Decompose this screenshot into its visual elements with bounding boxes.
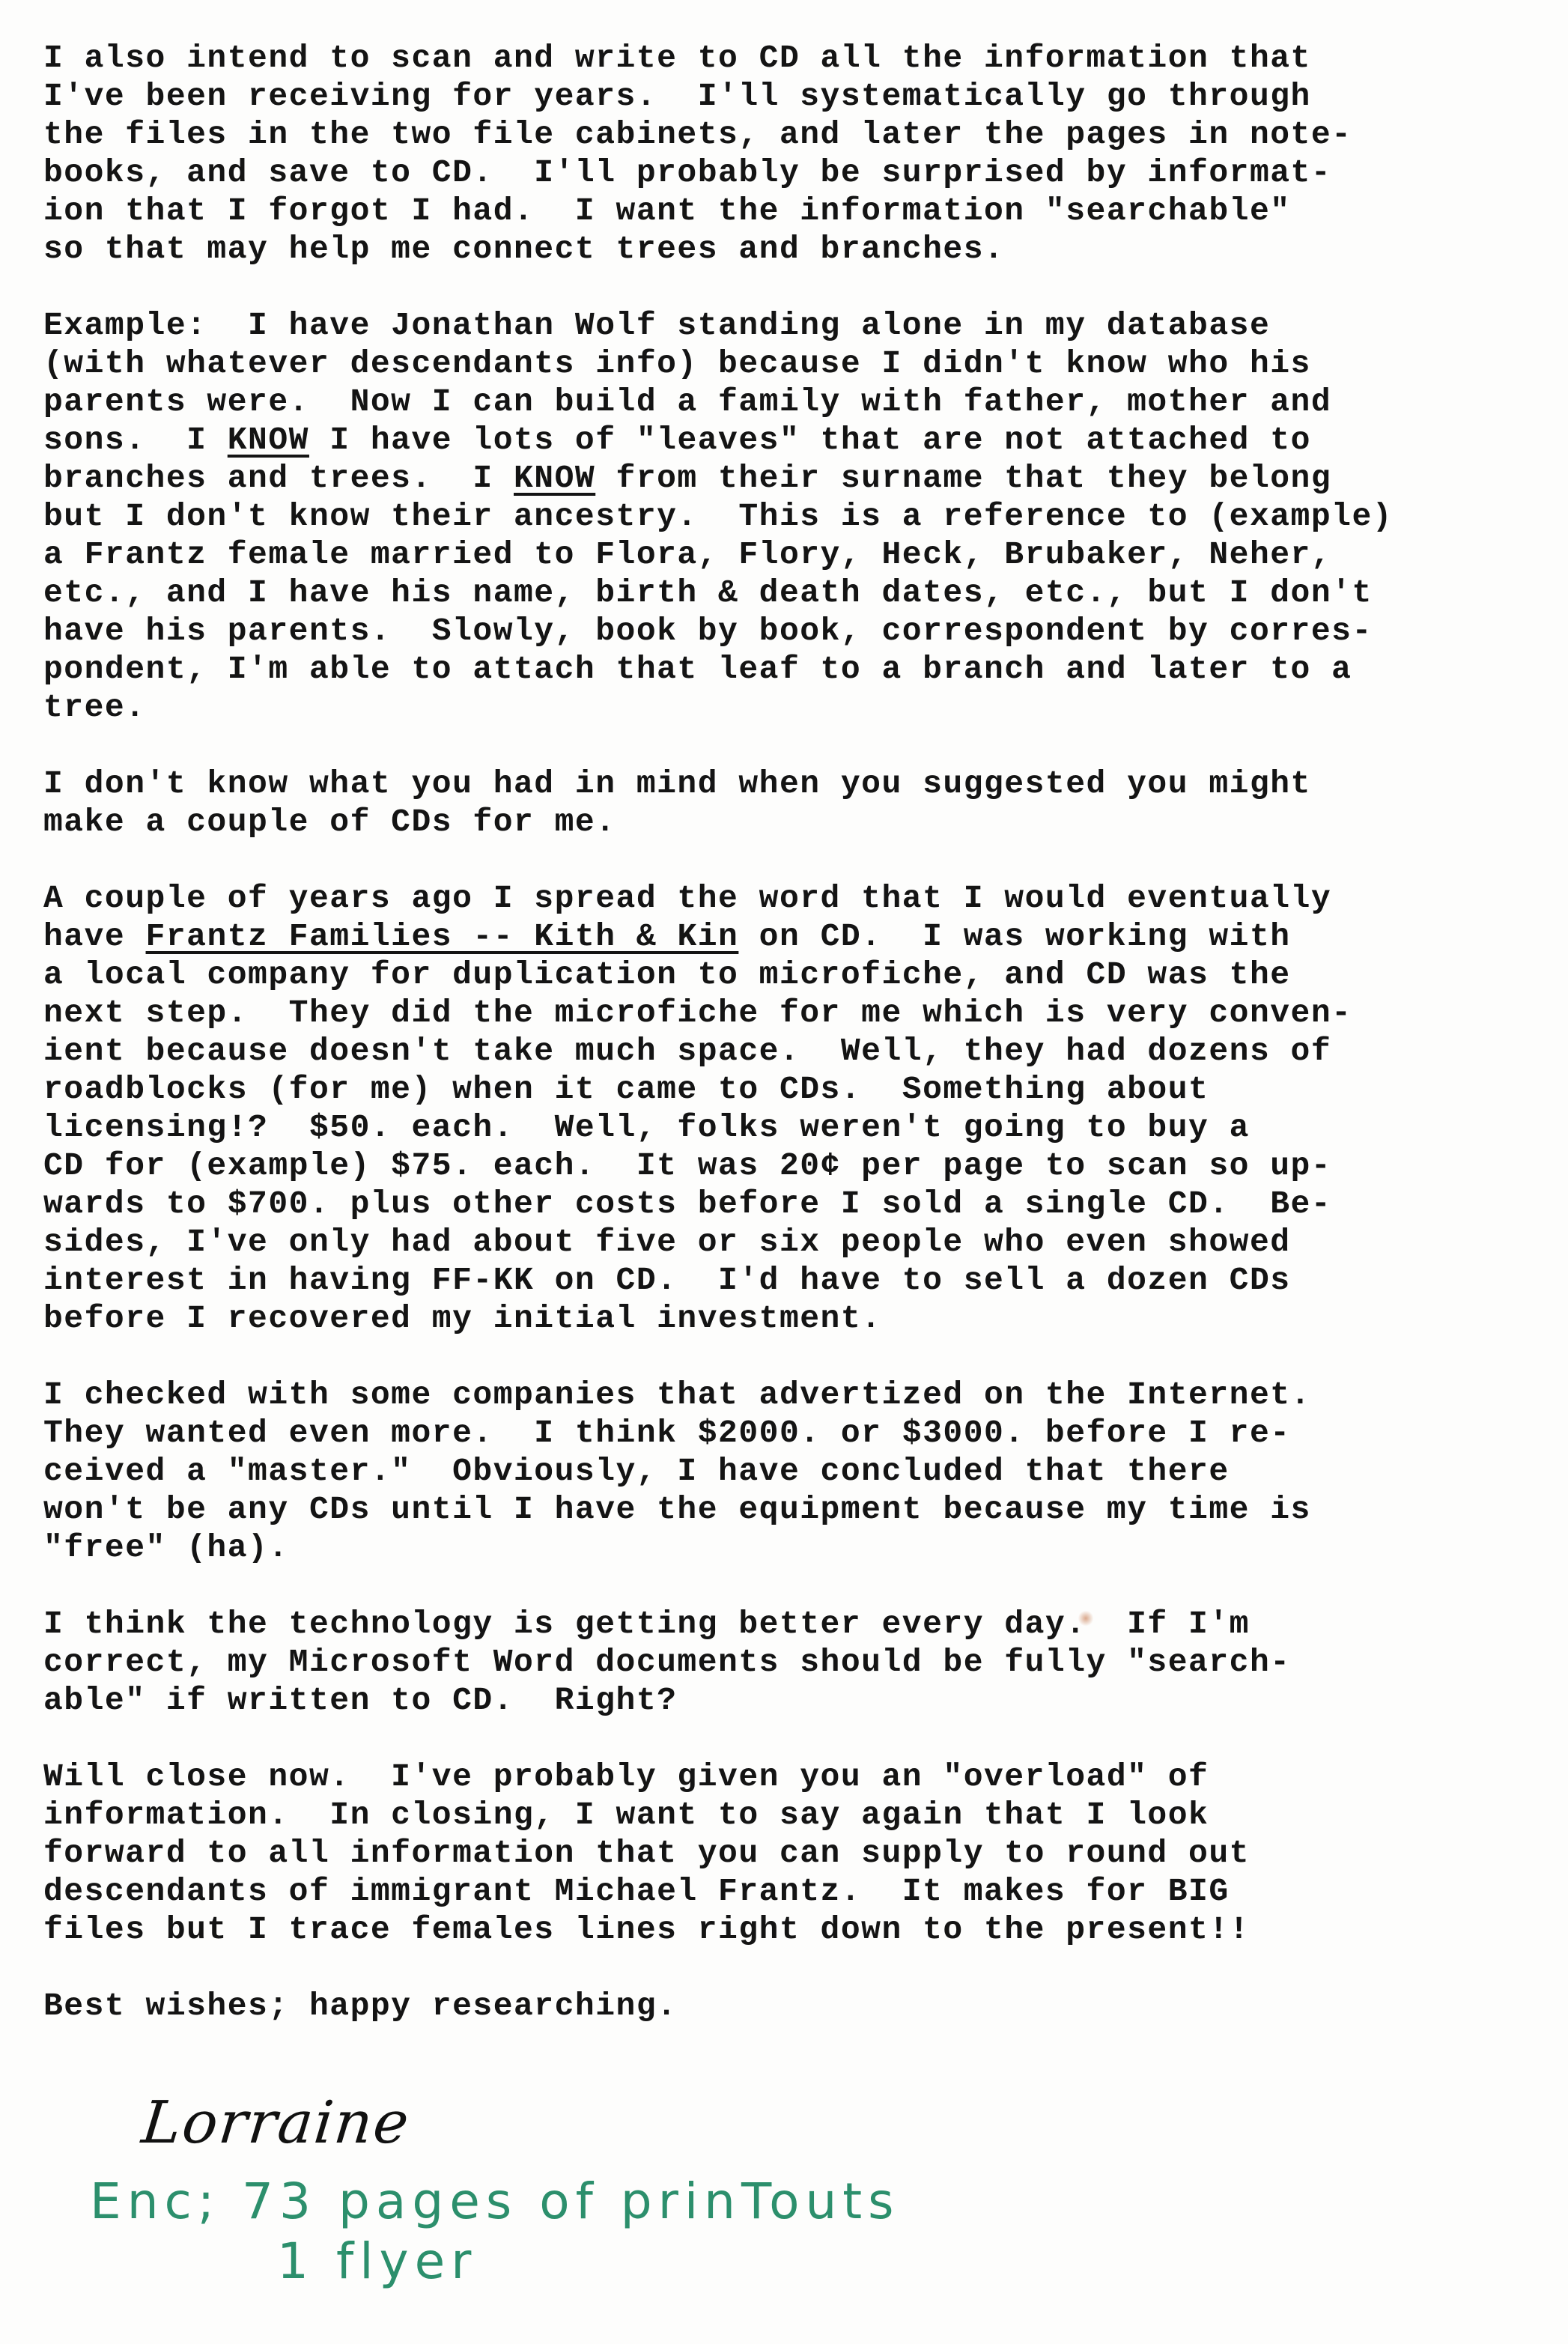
enclosure-line-2: 1 flyer — [90, 2232, 900, 2292]
text-line: Best wishes; happy researching. — [43, 1987, 1541, 2025]
letter-paragraph: I don't know what you had in mind when y… — [43, 765, 1541, 841]
text-line: interest in having FF-KK on CD. I'd have… — [43, 1261, 1541, 1299]
text-line: sons. I KNOW I have lots of "leaves" tha… — [43, 421, 1541, 459]
letter-paragraph: Example: I have Jonathan Wolf standing a… — [43, 306, 1541, 726]
text-line: ceived a "master." Obviously, I have con… — [43, 1452, 1541, 1490]
enclosure-note: Enc; 73 pages of prinTouts 1 flyer — [90, 2172, 900, 2292]
text-line: ion that I forgot I had. I want the info… — [43, 192, 1541, 230]
letter-paragraph: I also intend to scan and write to CD al… — [43, 39, 1541, 268]
text-line: a local company for duplication to micro… — [43, 956, 1541, 994]
text-line: parents were. Now I can build a family w… — [43, 383, 1541, 421]
scanned-letter-page: I also intend to scan and write to CD al… — [0, 0, 1568, 2344]
underlined-emphasis: KNOW — [228, 422, 309, 458]
text-line: ient because doesn't take much space. We… — [43, 1032, 1541, 1070]
text-line: I checked with some companies that adver… — [43, 1376, 1541, 1414]
enclosure-line-1: Enc; 73 pages of prinTouts — [90, 2173, 900, 2230]
text-line: information. In closing, I want to say a… — [43, 1796, 1541, 1834]
text-line: I've been receiving for years. I'll syst… — [43, 77, 1541, 115]
text-line: won't be any CDs until I have the equipm… — [43, 1490, 1541, 1528]
text-line: I don't know what you had in mind when y… — [43, 765, 1541, 803]
text-line: have Frantz Families -- Kith & Kin on CD… — [43, 917, 1541, 956]
ink-smudge — [1078, 1610, 1093, 1627]
text-line: able" if written to CD. Right? — [43, 1681, 1541, 1719]
text-line: roadblocks (for me) when it came to CDs.… — [43, 1070, 1541, 1108]
text-line: forward to all information that you can … — [43, 1834, 1541, 1872]
text-line: sides, I've only had about five or six p… — [43, 1223, 1541, 1261]
text-line: but I don't know their ancestry. This is… — [43, 497, 1541, 535]
letter-paragraph: A couple of years ago I spread the word … — [43, 879, 1541, 1338]
text-line: I also intend to scan and write to CD al… — [43, 39, 1541, 77]
text-line: books, and save to CD. I'll probably be … — [43, 154, 1541, 192]
text-line: a Frantz female married to Flora, Flory,… — [43, 535, 1541, 574]
text-line: correct, my Microsoft Word documents sho… — [43, 1643, 1541, 1681]
letter-paragraph: Will close now. I've probably given you … — [43, 1758, 1541, 1949]
letter-paragraph: I think the technology is getting better… — [43, 1605, 1541, 1719]
text-line: licensing!? $50. each. Well, folks weren… — [43, 1108, 1541, 1147]
underlined-emphasis: KNOW — [514, 460, 595, 497]
text-line: so that may help me connect trees and br… — [43, 230, 1541, 268]
text-line: make a couple of CDs for me. — [43, 803, 1541, 841]
letter-paragraph: I checked with some companies that adver… — [43, 1376, 1541, 1567]
text-line: before I recovered my initial investment… — [43, 1299, 1541, 1338]
text-line: tree. — [43, 688, 1541, 726]
handwritten-signature: Lorraine — [139, 2089, 413, 2157]
text-line: Example: I have Jonathan Wolf standing a… — [43, 306, 1541, 344]
text-line: next step. They did the microfiche for m… — [43, 994, 1541, 1032]
text-line: the files in the two file cabinets, and … — [43, 115, 1541, 154]
letter-paragraph: Best wishes; happy researching. — [43, 1987, 1541, 2025]
text-line: CD for (example) $75. each. It was 20¢ p… — [43, 1147, 1541, 1185]
text-line: pondent, I'm able to attach that leaf to… — [43, 650, 1541, 688]
text-line: branches and trees. I KNOW from their su… — [43, 459, 1541, 497]
text-line: I think the technology is getting better… — [43, 1605, 1541, 1643]
text-line: A couple of years ago I spread the word … — [43, 879, 1541, 917]
text-line: have his parents. Slowly, book by book, … — [43, 612, 1541, 650]
text-line: (with whatever descendants info) because… — [43, 344, 1541, 383]
text-line: wards to $700. plus other costs before I… — [43, 1185, 1541, 1223]
text-line: descendants of immigrant Michael Frantz.… — [43, 1872, 1541, 1910]
text-line: files but I trace females lines right do… — [43, 1910, 1541, 1949]
underlined-title: Frantz Families -- Kith & Kin — [146, 918, 739, 955]
text-line: They wanted even more. I think $2000. or… — [43, 1414, 1541, 1452]
text-line: Will close now. I've probably given you … — [43, 1758, 1541, 1796]
text-line: etc., and I have his name, birth & death… — [43, 574, 1541, 612]
letter-body: I also intend to scan and write to CD al… — [43, 39, 1541, 2063]
text-line: "free" (ha). — [43, 1528, 1541, 1567]
